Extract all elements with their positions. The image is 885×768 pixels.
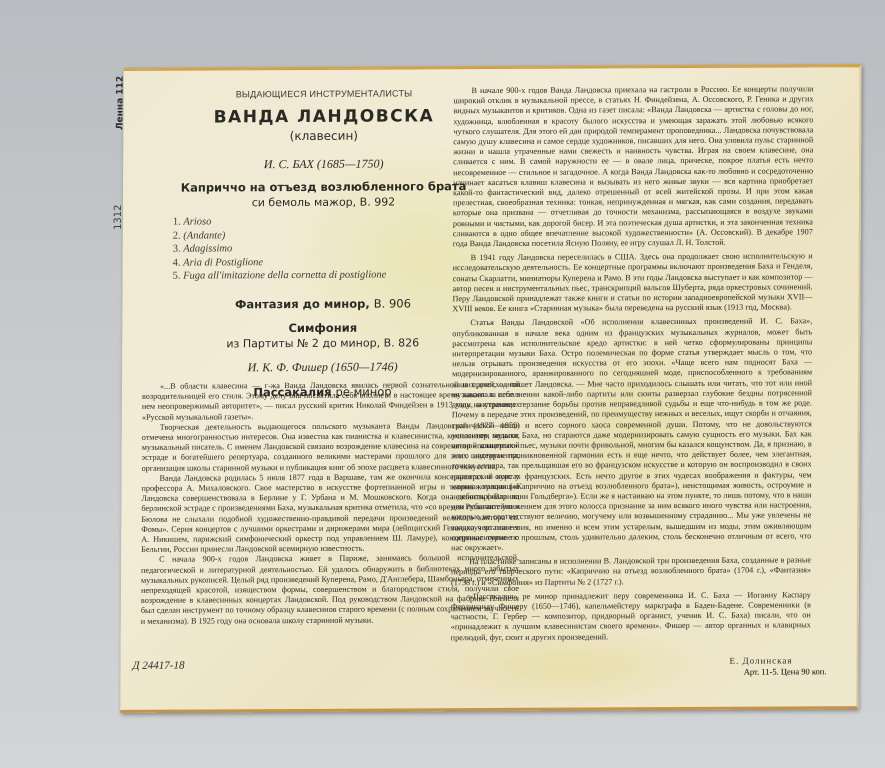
- paragraph: Статья Ванды Ландовской «Об исполнении к…: [451, 317, 812, 554]
- paragraph: В начале 900-х годов Ванда Ландовска при…: [453, 84, 814, 249]
- paragraph: «Пассакалия» ре минор принадлежит перу с…: [451, 590, 811, 643]
- right-column: В начале 900-х годов Ванда Ландовска при…: [451, 84, 814, 667]
- record-sleeve-back: Ленна 112 1312 ВЫДАЮЩИЕСЯ ИНСТРУМЕНТАЛИС…: [120, 64, 861, 713]
- handwritten-number: 1312: [113, 204, 124, 230]
- catalog-number: Д 24417-18: [133, 660, 185, 672]
- handwritten-mark: Ленна 112: [115, 76, 125, 130]
- price-label: Арт. 11-5. Цена 90 коп.: [744, 666, 827, 676]
- author-signature: Е. Долинская: [451, 655, 811, 667]
- paragraph: На пластинке записаны в исполнении В. Ла…: [451, 555, 811, 587]
- paragraph: В 1941 году Ландовска переселилась в США…: [452, 252, 812, 315]
